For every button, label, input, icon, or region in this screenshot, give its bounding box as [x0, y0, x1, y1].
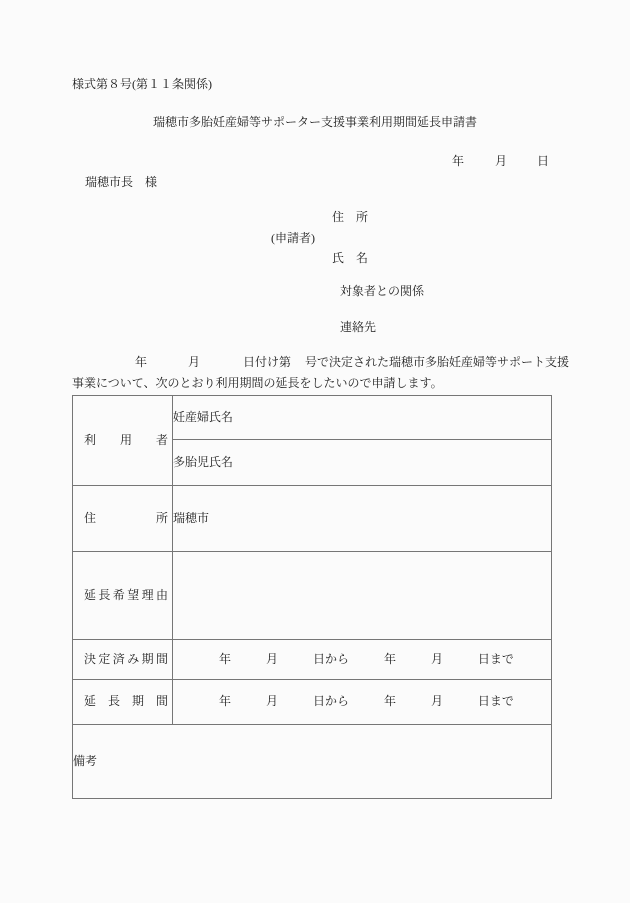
- applicant-contact-label: 連絡先: [340, 321, 376, 335]
- decided-from-year-label: 年: [219, 653, 231, 667]
- applicant-relation-label: 対象者との関係: [340, 285, 424, 299]
- date-year-label: 年: [452, 155, 464, 169]
- decided-to-day-label: 日まで: [478, 653, 514, 667]
- table-row-user-mother: 利用者 妊産婦氏名: [73, 396, 552, 440]
- address-label-cell: 住所: [73, 486, 173, 552]
- extension-to-day-label: 日まで: [478, 695, 514, 709]
- extension-from-month-label: 月: [266, 695, 278, 709]
- table-row-remarks: 備考: [73, 725, 552, 799]
- reason-label: 延長希望理由: [84, 589, 168, 603]
- extension-period-value-cell: 年 月 日から 年 月 日まで: [173, 680, 552, 725]
- extension-to-year-label: 年: [384, 695, 396, 709]
- address-label: 住所: [84, 512, 168, 526]
- decided-from-month-label: 月: [266, 653, 278, 667]
- remarks-cell: 備考: [73, 725, 552, 799]
- user-label-cell: 利用者: [73, 396, 173, 486]
- decision-number-segment: 号で決定された瑞穂市多胎妊産婦等サポート支援: [305, 356, 569, 370]
- decided-period-label-cell: 決定済み期間: [73, 640, 173, 680]
- table-row-address: 住所 瑞穂市: [73, 486, 552, 552]
- remarks-label: 備考: [73, 754, 97, 768]
- decided-period-value-cell: 年 月 日から 年 月 日まで: [173, 640, 552, 680]
- body-paragraph-line1: 年 月 日付け第 号で決定された瑞穂市多胎妊産婦等サポート支援: [0, 356, 630, 370]
- decided-period-units: 年 月 日から 年 月 日まで: [173, 653, 551, 667]
- table-row-decided-period: 決定済み期間 年 月 日から 年 月 日まで: [73, 640, 552, 680]
- decision-date-day-segment: 日付け第: [243, 356, 291, 370]
- date-day-label: 日: [537, 155, 549, 169]
- extension-period-label-cell: 延長期間: [73, 680, 173, 725]
- children-name-field: 多胎児氏名: [173, 440, 552, 486]
- reason-label-cell: 延長希望理由: [73, 552, 173, 640]
- extension-from-day-label: 日から: [313, 695, 349, 709]
- addressee-mayor: 瑞穂市長 様: [85, 176, 157, 190]
- reason-input-area: [173, 552, 552, 640]
- address-value-field: 瑞穂市: [173, 486, 552, 552]
- user-label: 利用者: [84, 434, 168, 448]
- decided-to-year-label: 年: [384, 653, 396, 667]
- mother-name-field: 妊産婦氏名: [173, 396, 552, 440]
- extension-period-units: 年 月 日から 年 月 日まで: [173, 695, 551, 709]
- extension-from-year-label: 年: [219, 695, 231, 709]
- date-month-label: 月: [495, 155, 507, 169]
- decided-from-day-label: 日から: [313, 653, 349, 667]
- extension-period-label: 延長期間: [84, 695, 168, 709]
- extension-to-month-label: 月: [431, 695, 443, 709]
- table-row-reason: 延長希望理由: [73, 552, 552, 640]
- applicant-group-label: (申請者): [271, 232, 315, 246]
- application-table: 利用者 妊産婦氏名 多胎児氏名 住所 瑞穂市 延長希望理由: [72, 395, 552, 799]
- date-line: 年 月 日: [0, 155, 630, 169]
- decided-period-label: 決定済み期間: [84, 653, 168, 667]
- document-title: 瑞穂市多胎妊産婦等サポーター支援事業利用期間延長申請書: [0, 116, 630, 130]
- decision-date-month-label: 月: [188, 356, 200, 370]
- table-row-extension-period: 延長期間 年 月 日から 年 月 日まで: [73, 680, 552, 725]
- form-number: 様式第８号(第１１条関係): [72, 78, 212, 92]
- decided-to-month-label: 月: [431, 653, 443, 667]
- document-page: 様式第８号(第１１条関係) 瑞穂市多胎妊産婦等サポーター支援事業利用期間延長申請…: [0, 0, 630, 903]
- body-paragraph-line2: 事業について、次のとおり利用期間の延長をしたいので申請します。: [72, 377, 443, 391]
- applicant-address-label: 住 所: [332, 211, 368, 225]
- decision-date-year-label: 年: [135, 356, 147, 370]
- applicant-name-label: 氏 名: [332, 252, 368, 266]
